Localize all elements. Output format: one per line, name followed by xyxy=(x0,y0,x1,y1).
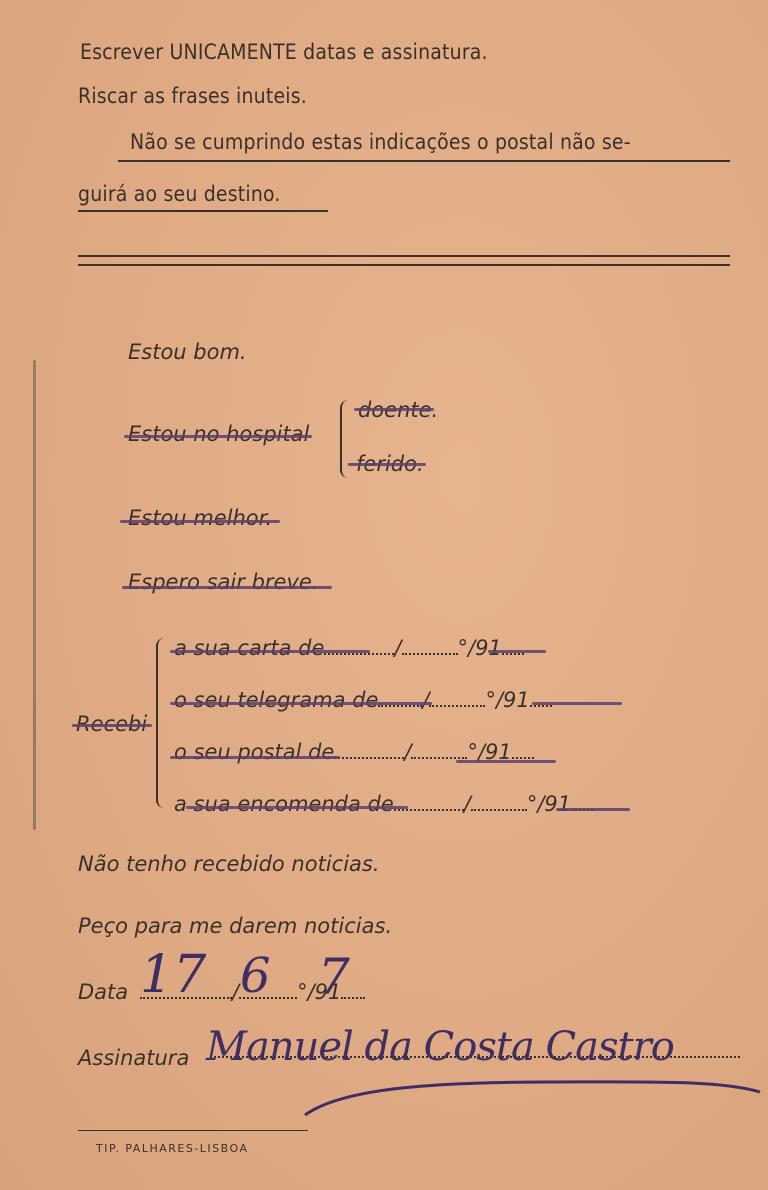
received-item-text: o seu postal de xyxy=(174,740,334,764)
year: °/91 xyxy=(458,636,502,660)
received-telegrama: o seu telegrama de/°/91 xyxy=(174,688,552,712)
strikethrough xyxy=(124,435,312,438)
handwritten-day: 17 xyxy=(140,945,206,1005)
statement-no-news: Não tenho recebido noticias. xyxy=(78,852,380,876)
blank-month xyxy=(429,691,485,707)
warning-underline-2 xyxy=(78,210,328,212)
received-item-text: a sua encomenda de xyxy=(174,792,394,816)
warning-line-2: guirá ao seu destino. xyxy=(78,182,281,206)
strikethrough xyxy=(532,702,622,705)
statement-sair: Espero sair breve. xyxy=(128,570,318,594)
strikethrough xyxy=(170,650,370,653)
year: °/91 xyxy=(527,792,571,816)
signature-label: Assinatura xyxy=(78,1046,189,1070)
blank-month xyxy=(411,743,467,759)
sep: / xyxy=(394,636,401,660)
brace-received xyxy=(156,638,168,808)
received-item-text: a sua carta de xyxy=(174,636,324,660)
divider-bottom xyxy=(78,264,730,266)
received-item-text: o seu telegrama de xyxy=(174,688,378,712)
strikethrough xyxy=(354,408,434,411)
brace-hospital xyxy=(340,400,350,478)
printer-imprint: TIP. PALHARES-LISBOA xyxy=(96,1142,249,1155)
sep: / xyxy=(464,792,471,816)
statement-hospital: Estou no hospital xyxy=(128,422,309,446)
strikethrough xyxy=(72,724,152,727)
statement-ask-news: Peço para me darem noticias. xyxy=(78,914,392,938)
footer-rule xyxy=(78,1130,308,1131)
date-label: Data xyxy=(78,980,128,1004)
warning-underline-1 xyxy=(118,160,730,162)
blank-month xyxy=(471,795,527,811)
sep: / xyxy=(232,980,239,1004)
instruction-line-1: Escrever UNICAMENTE datas e assinatura. xyxy=(80,40,488,64)
handwritten-month: 6 xyxy=(240,948,271,1004)
handwritten-year: 7 xyxy=(318,948,350,1006)
divider-top xyxy=(78,255,730,257)
strikethrough xyxy=(120,520,280,523)
strikethrough xyxy=(348,463,426,466)
strikethrough xyxy=(122,586,332,589)
statement-estou-bom: Estou bom. xyxy=(128,340,247,364)
warning-line-1: Não se cumprindo estas indicações o post… xyxy=(130,130,631,154)
received-carta: a sua carta de/°/91 xyxy=(174,636,524,660)
handwritten-signature: Manuel da Costa Castro xyxy=(206,1024,674,1070)
sep: / xyxy=(422,688,429,712)
strikethrough xyxy=(170,756,340,759)
sep: / xyxy=(404,740,411,764)
strikethrough xyxy=(488,650,546,653)
pencil-margin-mark xyxy=(33,360,36,830)
statement-melhor: Estou melhor. xyxy=(128,506,272,530)
blank-month xyxy=(402,639,458,655)
strikethrough xyxy=(186,806,408,809)
signature-flourish xyxy=(300,1070,768,1120)
blank-year xyxy=(512,743,534,759)
strikethrough xyxy=(170,702,432,705)
blank-day xyxy=(334,743,404,759)
instruction-line-2: Riscar as frases inuteis. xyxy=(78,84,307,108)
received-encomenda: a sua encomenda de/°/91 xyxy=(174,792,593,816)
strikethrough xyxy=(456,760,556,763)
year: °/91 xyxy=(485,688,529,712)
strikethrough xyxy=(556,808,630,811)
